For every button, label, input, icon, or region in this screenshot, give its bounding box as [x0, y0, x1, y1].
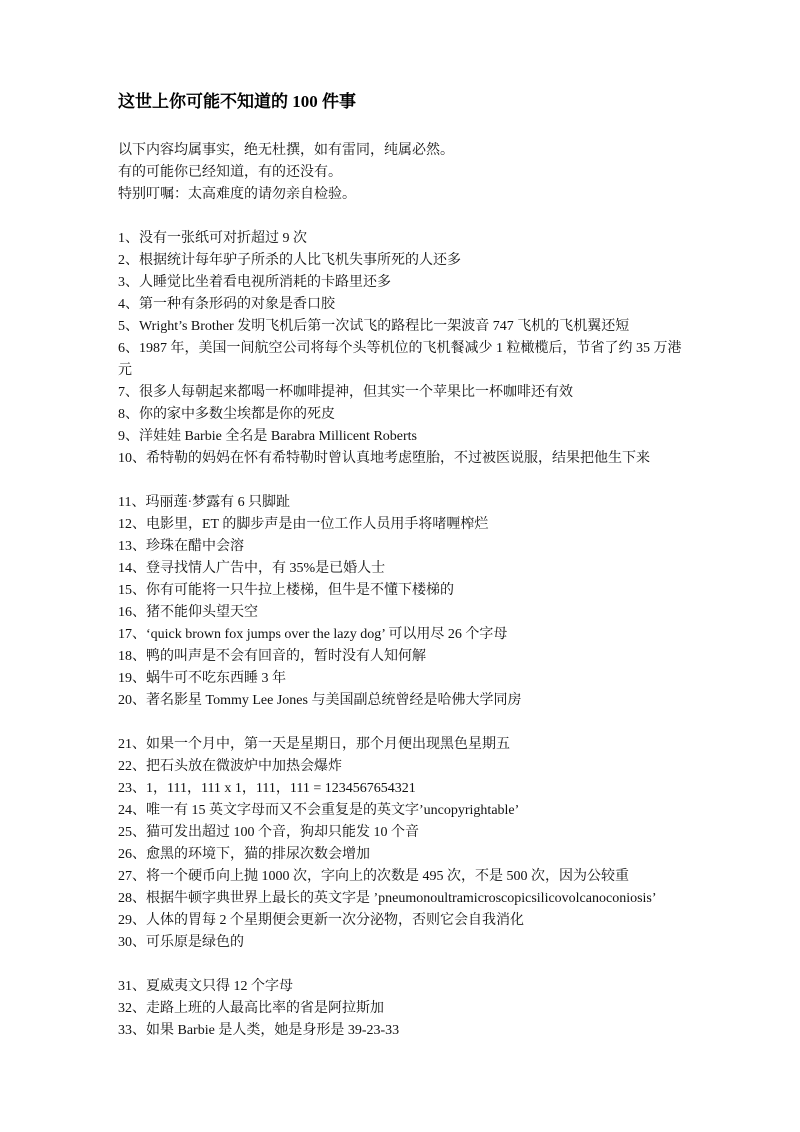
intro-line: 特别叮嘱：太高难度的请勿亲自检验。: [118, 184, 683, 206]
document-page: 这世上你可能不知道的 100 件事 以下内容均属事实，绝无杜撰，如有雷同，纯属必…: [0, 0, 800, 1132]
list-item: 26、愈黑的环境下，猫的排尿次数会增加: [118, 844, 683, 866]
list-item: 28、根据牛顿字典世界上最长的英文字是 ’pneumonoultramicros…: [118, 888, 683, 910]
fact-group-1-10: 1、没有一张纸可对折超过 9 次 2、根据统计每年驴子所杀的人比飞机失事所死的人…: [118, 228, 683, 470]
list-item: 12、电影里，ET 的脚步声是由一位工作人员用手将啫喱榨烂: [118, 514, 683, 536]
list-item: 10、希特勒的妈妈在怀有希特勒时曾认真地考虑堕胎，不过被医说服，结果把他生下来: [118, 448, 683, 470]
list-item: 11、玛丽莲·梦露有 6 只脚趾: [118, 492, 683, 514]
list-item: 15、你有可能将一只牛拉上楼梯，但牛是不懂下楼梯的: [118, 580, 683, 602]
list-item: 6、1987 年，美国一间航空公司将每个头等机位的飞机餐减少 1 粒橄榄后，节省…: [118, 338, 683, 382]
list-item: 14、登寻找情人广告中，有 35%是已婚人士: [118, 558, 683, 580]
intro-line: 以下内容均属事实，绝无杜撰，如有雷同，纯属必然。: [118, 140, 683, 162]
page-title: 这世上你可能不知道的 100 件事: [118, 90, 683, 114]
list-item: 18、鸭的叫声是不会有回音的，暂时没有人知何解: [118, 646, 683, 668]
list-item: 21、如果一个月中，第一天是星期日，那个月便出现黑色星期五: [118, 734, 683, 756]
list-item: 30、可乐原是绿色的: [118, 932, 683, 954]
list-item: 3、人睡觉比坐着看电视所消耗的卡路里还多: [118, 272, 683, 294]
intro-block: 以下内容均属事实，绝无杜撰，如有雷同，纯属必然。 有的可能你已经知道，有的还没有…: [118, 140, 683, 206]
list-item: 24、唯一有 15 英文字母而又不会重复是的英文字’uncopyrightabl…: [118, 800, 683, 822]
list-item: 13、珍珠在醋中会溶: [118, 536, 683, 558]
fact-group-11-20: 11、玛丽莲·梦露有 6 只脚趾 12、电影里，ET 的脚步声是由一位工作人员用…: [118, 492, 683, 712]
list-item: 9、洋娃娃 Barbie 全名是 Barabra Millicent Rober…: [118, 426, 683, 448]
intro-line: 有的可能你已经知道，有的还没有。: [118, 162, 683, 184]
fact-group-21-30: 21、如果一个月中，第一天是星期日，那个月便出现黑色星期五 22、把石头放在微波…: [118, 734, 683, 954]
list-item: 32、走路上班的人最高比率的省是阿拉斯加: [118, 998, 683, 1020]
document-content: 这世上你可能不知道的 100 件事 以下内容均属事实，绝无杜撰，如有雷同，纯属必…: [0, 0, 800, 1042]
list-item: 1、没有一张纸可对折超过 9 次: [118, 228, 683, 250]
fact-group-31-33: 31、夏威夷文只得 12 个字母 32、走路上班的人最高比率的省是阿拉斯加 33…: [118, 976, 683, 1042]
list-item: 8、你的家中多数尘埃都是你的死皮: [118, 404, 683, 426]
list-item: 27、将一个硬币向上抛 1000 次，字向上的次数是 495 次，不是 500 …: [118, 866, 683, 888]
list-item: 17、‘quick brown fox jumps over the lazy …: [118, 624, 683, 646]
list-item: 19、蜗牛可不吃东西睡 3 年: [118, 668, 683, 690]
list-item: 31、夏威夷文只得 12 个字母: [118, 976, 683, 998]
list-item: 20、著名影星 Tommy Lee Jones 与美国副总统曾经是哈佛大学同房: [118, 690, 683, 712]
list-item: 25、猫可发出超过 100 个音，狗却只能发 10 个音: [118, 822, 683, 844]
list-item: 4、第一种有条形码的对象是香口胶: [118, 294, 683, 316]
list-item: 33、如果 Barbie 是人类，她是身形是 39-23-33: [118, 1020, 683, 1042]
list-item: 5、Wright’s Brother 发明飞机后第一次试飞的路程比一架波音 74…: [118, 316, 683, 338]
list-item: 29、人体的胃每 2 个星期便会更新一次分泌物，否则它会自我消化: [118, 910, 683, 932]
list-item: 23、1，111，111 x 1，111，111 = 1234567654321: [118, 778, 683, 800]
list-item: 22、把石头放在微波炉中加热会爆炸: [118, 756, 683, 778]
list-item: 16、猪不能仰头望天空: [118, 602, 683, 624]
list-item: 7、很多人每朝起来都喝一杯咖啡提神，但其实一个苹果比一杯咖啡还有效: [118, 382, 683, 404]
list-item: 2、根据统计每年驴子所杀的人比飞机失事所死的人还多: [118, 250, 683, 272]
